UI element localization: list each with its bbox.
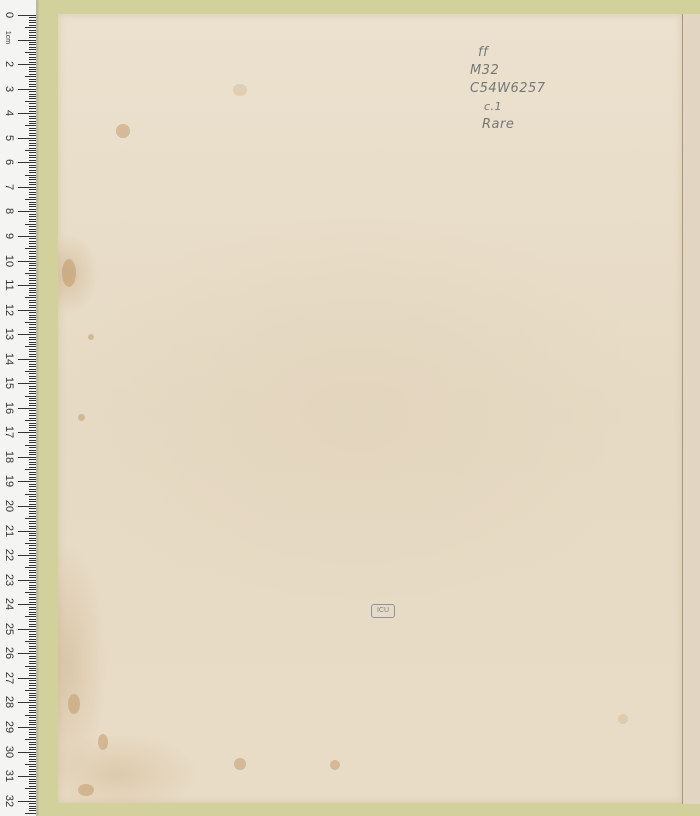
ruler-tick [29, 253, 36, 254]
ruler-tick [29, 562, 36, 563]
note-line: ff [478, 44, 546, 62]
ruler-tick [29, 256, 36, 257]
foxing-spot [330, 760, 340, 770]
ruler-tick [29, 108, 36, 109]
ruler-tick [18, 334, 36, 335]
ruler-tick [29, 376, 36, 377]
ruler-tick [29, 521, 36, 522]
ruler-tick [29, 400, 36, 401]
ruler-number: 29 [3, 720, 15, 734]
ruler-tick [29, 344, 36, 345]
ruler-tick [29, 35, 36, 36]
ruler-tick [25, 248, 36, 249]
ruler-tick [29, 511, 36, 512]
ruler-tick [29, 636, 36, 637]
ruler-tick [29, 612, 36, 613]
ruler-tick [25, 641, 36, 642]
ruler-tick [29, 42, 36, 43]
ruler-number: 17 [3, 425, 15, 439]
ruler-tick [18, 40, 36, 41]
ruler-tick [29, 307, 36, 308]
ruler-tick [29, 337, 36, 338]
ruler-tick [29, 589, 36, 590]
ruler-tick [29, 410, 36, 411]
ruler-tick [29, 425, 36, 426]
ruler-tick [29, 324, 36, 325]
ruler-tick [25, 445, 36, 446]
ruler-number: 25 [3, 622, 15, 636]
ruler-tick [18, 310, 36, 311]
ruler-tick [29, 621, 36, 622]
ruler-tick [29, 121, 36, 122]
ruler-number: 9 [3, 229, 15, 243]
ruler-tick [29, 440, 36, 441]
ruler-tick [29, 585, 36, 586]
ruler-tick [25, 346, 36, 347]
ruler-number: 7 [3, 180, 15, 194]
ruler-tick [18, 555, 36, 556]
ruler-tick [29, 685, 36, 686]
ruler-number: 31 [3, 769, 15, 783]
ruler-tick [29, 280, 36, 281]
ruler-tick [29, 94, 36, 95]
ruler-tick [18, 432, 36, 433]
ruler-tick [29, 462, 36, 463]
ruler-tick [25, 690, 36, 691]
ruler-tick [29, 49, 36, 50]
ruler-tick [29, 197, 36, 198]
ruler-tick [29, 742, 36, 743]
ruler-tick [29, 329, 36, 330]
ruler-tick [29, 712, 36, 713]
ruler-tick [29, 526, 36, 527]
ruler-tick [29, 391, 36, 392]
ruler-tick [29, 594, 36, 595]
ruler-tick [29, 575, 36, 576]
ruler-tick [29, 167, 36, 168]
ruler-tick [29, 366, 36, 367]
ruler-tick [29, 172, 36, 173]
ruler-tick [29, 643, 36, 644]
ruler-tick [18, 702, 36, 703]
ruler-tick [29, 145, 36, 146]
ruler-number: 8 [3, 204, 15, 218]
ruler-tick [29, 32, 36, 33]
ruler-tick [29, 229, 36, 230]
ruler-tick [29, 177, 36, 178]
ruler-tick [29, 103, 36, 104]
ruler-tick [29, 749, 36, 750]
ruler-tick [29, 634, 36, 635]
ruler-tick [29, 265, 36, 266]
ruler-tick [29, 339, 36, 340]
ruler-tick [29, 123, 36, 124]
ruler-number: 18 [3, 450, 15, 464]
ruler-tick [18, 580, 36, 581]
ruler-tick [29, 774, 36, 775]
ruler-tick [18, 138, 36, 139]
ruler-tick [18, 261, 36, 262]
foxing-spot [78, 414, 85, 421]
ruler-tick [29, 270, 36, 271]
ruler-tick [29, 25, 36, 26]
note-line: c.1 [484, 98, 546, 116]
ruler-number: 20 [3, 499, 15, 513]
ruler-tick [25, 715, 36, 716]
ruler-tick [29, 528, 36, 529]
ruler-tick [29, 238, 36, 239]
ruler-tick [18, 653, 36, 654]
ruler-tick [29, 626, 36, 627]
ruler-number: 6 [3, 155, 15, 169]
ruler-tick [29, 302, 36, 303]
ruler-tick [29, 734, 36, 735]
ruler-tick [18, 383, 36, 384]
ruler-tick [29, 364, 36, 365]
ruler-tick [29, 221, 36, 222]
ruler-tick [29, 148, 36, 149]
ruler-tick [29, 447, 36, 448]
ruler-tick [29, 450, 36, 451]
ruler-tick [29, 226, 36, 227]
ruler-number: 11 [3, 278, 15, 292]
ruler-number: 4 [3, 106, 15, 120]
ruler-tick [29, 717, 36, 718]
ruler-tick [29, 258, 36, 259]
ruler-tick [29, 484, 36, 485]
ruler-tick [29, 116, 36, 117]
ruler-tick [29, 508, 36, 509]
ruler-tick [29, 292, 36, 293]
ruler-tick [29, 705, 36, 706]
ruler-tick [29, 332, 36, 333]
ruler-tick [29, 673, 36, 674]
ruler-tick [29, 499, 36, 500]
ruler-tick [29, 560, 36, 561]
ruler-tick [29, 111, 36, 112]
ruler-tick [29, 793, 36, 794]
ruler-tick [29, 133, 36, 134]
ruler-tick [29, 513, 36, 514]
ruler-tick [29, 724, 36, 725]
ruler-tick [29, 69, 36, 70]
ruler-tick [29, 558, 36, 559]
library-stamp: ICU [371, 604, 395, 618]
ruler-tick [29, 268, 36, 269]
ruler-tick [25, 469, 36, 470]
ruler-tick [18, 481, 36, 482]
foxing-spot [98, 734, 108, 750]
ruler-tick [29, 452, 36, 453]
ruler-tick [29, 71, 36, 72]
ruler-tick [29, 651, 36, 652]
ruler-tick [29, 565, 36, 566]
ruler-tick [29, 720, 36, 721]
ruler-tick [29, 22, 36, 23]
ruler-tick [29, 796, 36, 797]
ruler-tick [29, 354, 36, 355]
ruler-tick [29, 67, 36, 68]
ruler-tick [25, 592, 36, 593]
ruler-tick [29, 806, 36, 807]
ruler-tick [29, 688, 36, 689]
ruler-tick [29, 491, 36, 492]
ruler-tick [29, 369, 36, 370]
ruler-tick [25, 52, 36, 53]
ruler-tick [29, 540, 36, 541]
ruler-tick [29, 779, 36, 780]
ruler-tick [29, 707, 36, 708]
foxing-spot [234, 758, 246, 770]
ruler-tick [29, 535, 36, 536]
ruler-number: 30 [3, 745, 15, 759]
note-line: C54W6257 [470, 80, 546, 98]
ruler-tick [29, 459, 36, 460]
ruler-tick [29, 599, 36, 600]
ruler-tick [29, 118, 36, 119]
note-line: Rare [482, 116, 546, 134]
ruler-tick [29, 550, 36, 551]
ruler-tick [29, 577, 36, 578]
foxing-spot [618, 714, 628, 724]
ruler-tick [25, 518, 36, 519]
ruler-tick [29, 160, 36, 161]
ruler-number: 10 [3, 254, 15, 268]
ruler-tick [29, 646, 36, 647]
ruler-tick [29, 216, 36, 217]
ruler-tick [29, 47, 36, 48]
ruler-tick [29, 722, 36, 723]
ruler-tick [29, 59, 36, 60]
ruler-tick [29, 231, 36, 232]
ruler-tick [29, 639, 36, 640]
ruler-tick [29, 398, 36, 399]
ruler-tick [29, 442, 36, 443]
ruler-tick [25, 224, 36, 225]
foxing-spot [116, 124, 130, 138]
ruler-tick [29, 184, 36, 185]
ruler-tick [25, 273, 36, 274]
ruler-tick [25, 125, 36, 126]
ruler-tick [29, 609, 36, 610]
ruler-tick [29, 810, 36, 811]
ruler-tick [29, 754, 36, 755]
ruler-tick [29, 96, 36, 97]
ruler-tick [29, 20, 36, 21]
ruler-tick [25, 396, 36, 397]
ruler-tick [29, 288, 36, 289]
ruler-tick [29, 275, 36, 276]
ruler-tick [29, 435, 36, 436]
ruler-tick [29, 86, 36, 87]
ruler-tick [29, 202, 36, 203]
ruler-tick [29, 312, 36, 313]
ruler-tick [29, 697, 36, 698]
ruler-tick [29, 393, 36, 394]
ruler-number: 3 [3, 82, 15, 96]
ruler-tick [29, 496, 36, 497]
ruler-tick [25, 199, 36, 200]
ruler-tick [29, 204, 36, 205]
ruler-tick [29, 786, 36, 787]
ruler-tick [29, 305, 36, 306]
ruler-tick [29, 710, 36, 711]
ruler-tick [29, 656, 36, 657]
ruler-tick [29, 351, 36, 352]
ruler-tick [29, 489, 36, 490]
ruler-tick [29, 170, 36, 171]
ruler-tick [29, 675, 36, 676]
foxing-spot [78, 784, 94, 796]
ruler-tick [29, 194, 36, 195]
ruler-tick [29, 54, 36, 55]
ruler-tick [29, 62, 36, 63]
ruler-unit-label: 1cm [4, 30, 11, 43]
ruler-tick [29, 106, 36, 107]
ruler-tick [29, 81, 36, 82]
ruler-tick [18, 211, 36, 212]
ruler-tick [29, 808, 36, 809]
ruler-tick [29, 683, 36, 684]
ruler-tick [29, 516, 36, 517]
ruler-tick [29, 766, 36, 767]
ruler-tick [29, 523, 36, 524]
ruler-number: 15 [3, 376, 15, 390]
ruler-tick [25, 813, 36, 814]
ruler-number: 23 [3, 573, 15, 587]
ruler-tick [29, 233, 36, 234]
ruler-tick [29, 732, 36, 733]
ruler-tick [29, 37, 36, 38]
ruler-tick [29, 155, 36, 156]
ruler-tick [29, 135, 36, 136]
ruler-number: 24 [3, 597, 15, 611]
ruler-tick [29, 619, 36, 620]
ruler-tick [29, 140, 36, 141]
ruler-tick [18, 64, 36, 65]
ruler-tick [29, 756, 36, 757]
ruler-tick [29, 241, 36, 242]
ruler-tick [29, 189, 36, 190]
ruler-tick [25, 371, 36, 372]
ruler-tick [29, 602, 36, 603]
ruler-tick [29, 246, 36, 247]
ruler-tick [29, 695, 36, 696]
ruler-tick [25, 27, 36, 28]
ruler-tick [29, 467, 36, 468]
ruler-tick [25, 150, 36, 151]
note-line: M32 [470, 62, 546, 80]
ruler-tick [29, 729, 36, 730]
ruler-tick [25, 543, 36, 544]
ruler-number: 5 [3, 131, 15, 145]
ruler-tick [25, 739, 36, 740]
ruler-tick [29, 295, 36, 296]
ruler-tick [29, 152, 36, 153]
ruler-tick [29, 472, 36, 473]
ruler-tick [29, 648, 36, 649]
ruler-tick [29, 474, 36, 475]
ruler-tick [29, 737, 36, 738]
ruler-number: 2 [3, 57, 15, 71]
ruler-number: 22 [3, 548, 15, 562]
ruler-tick [29, 663, 36, 664]
ruler-tick [29, 84, 36, 85]
ruler-tick [29, 668, 36, 669]
ruler-tick [29, 423, 36, 424]
ruler-tick [29, 415, 36, 416]
ruler-tick [29, 769, 36, 770]
ruler-tick [29, 300, 36, 301]
ruler-tick [29, 263, 36, 264]
ruler-tick [29, 403, 36, 404]
ruler-tick [25, 494, 36, 495]
ruler-tick [29, 30, 36, 31]
ruler-tick [29, 631, 36, 632]
ruler-tick [18, 408, 36, 409]
ruler-tick [29, 356, 36, 357]
ruler-number: 14 [3, 352, 15, 366]
ruler-tick [29, 219, 36, 220]
ruler-tick [29, 317, 36, 318]
ruler-tick [29, 386, 36, 387]
ruler-tick [29, 206, 36, 207]
ruler-tick [29, 381, 36, 382]
ruler-tick [29, 427, 36, 428]
ruler-tick [29, 79, 36, 80]
ruler-tick [29, 553, 36, 554]
ruler-tick [18, 15, 36, 16]
ruler-tick [29, 98, 36, 99]
ruler-tick [29, 251, 36, 252]
ruler-tick [29, 378, 36, 379]
ruler-tick [29, 614, 36, 615]
ruler-tick [29, 759, 36, 760]
ruler-tick [18, 162, 36, 163]
ruler-tick [29, 533, 36, 534]
ruler-tick [29, 548, 36, 549]
ruler-number: 32 [3, 794, 15, 808]
ruler-tick [29, 243, 36, 244]
document-page: ff M32 C54W6257 c.1 Rare ICU [58, 14, 682, 803]
ruler-tick [29, 486, 36, 487]
ruler-tick [29, 783, 36, 784]
ruler-tick [29, 278, 36, 279]
ruler-tick [29, 464, 36, 465]
ruler-number: 28 [3, 695, 15, 709]
ruler-tick [29, 130, 36, 131]
ruler-tick [29, 761, 36, 762]
ruler-tick [29, 157, 36, 158]
ruler-tick [29, 388, 36, 389]
ruler-tick [25, 567, 36, 568]
ruler-tick [29, 327, 36, 328]
ruler-tick [29, 57, 36, 58]
ruler-tick [29, 479, 36, 480]
ruler-tick [25, 764, 36, 765]
ruler-tick [29, 744, 36, 745]
ruler-number: 19 [3, 474, 15, 488]
ruler-tick [18, 801, 36, 802]
ruler-tick [29, 700, 36, 701]
ruler-tick [29, 44, 36, 45]
ruler-tick [25, 788, 36, 789]
ruler-tick [29, 214, 36, 215]
ruler-tick [25, 666, 36, 667]
ruler-tick [29, 781, 36, 782]
ruler-tick [29, 597, 36, 598]
ruler-tick [18, 752, 36, 753]
